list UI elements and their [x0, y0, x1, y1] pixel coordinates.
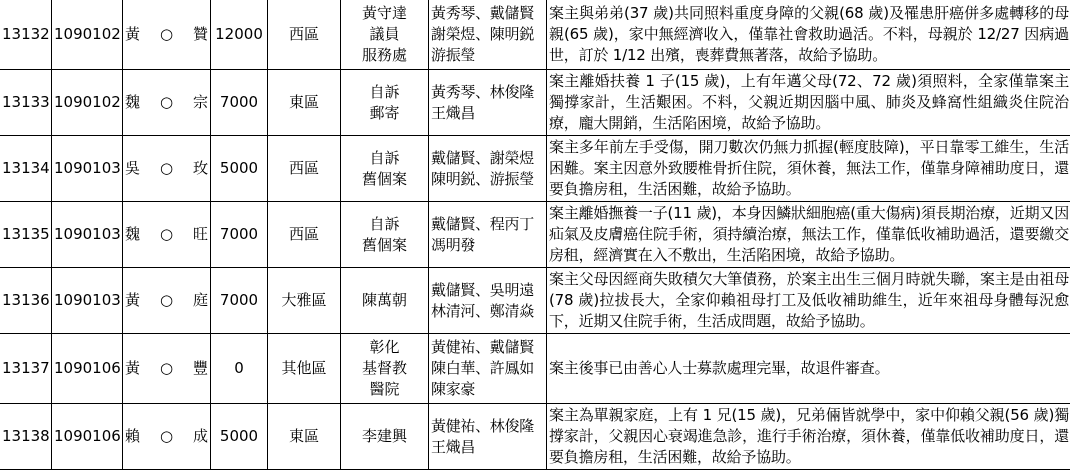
description-cell: 案主多年前左手受傷，開刀數次仍無力抓握(輕度肢障)，平日靠零工維生，生活困難。案… — [547, 136, 1070, 202]
staff-cell: 戴儲賢、謝榮煜陳明鋭、游振瑩 — [429, 136, 547, 202]
applicant-name-cell: 魏 ○ 宗 — [123, 70, 211, 136]
district-cell: 東區 — [268, 404, 341, 470]
case-description: 案主多年前左手受傷，開刀數次仍無力抓握(輕度肢障)，平日靠零工維生，生活困難。案… — [549, 138, 1069, 198]
surname: 魏 — [125, 224, 140, 245]
staff-cell: 黃秀琴、林俊隆王熾昌 — [429, 70, 547, 136]
district-cell: 西區 — [268, 0, 341, 70]
referrer-line: 彰化 — [343, 337, 426, 358]
name-mask: ○ — [160, 158, 173, 179]
staff-line: 陳家豪 — [431, 379, 544, 400]
date-cell: 1090103 — [52, 268, 123, 334]
case-number-cell: 13135 — [0, 202, 52, 268]
applicant-name: 黃 ○ 贊 — [125, 24, 208, 45]
staff-line: 謝榮煜、陳明鋭 — [431, 24, 544, 45]
case-number: 13135 — [2, 225, 50, 243]
referrer-cell: 陳萬朝 — [341, 268, 429, 334]
referrer-line: 李建興 — [343, 426, 426, 447]
staff-line: 陳白華、許鳳如 — [431, 358, 544, 379]
referrer-line: 郵寄 — [343, 103, 426, 124]
district: 其他區 — [281, 359, 326, 377]
district: 西區 — [289, 25, 319, 43]
referrer-line: 自訴 — [343, 214, 426, 235]
staff-line: 黃秀琴、戴儲賢 — [431, 3, 544, 24]
district: 東區 — [289, 93, 319, 111]
applicant-name-cell: 魏 ○ 旺 — [123, 202, 211, 268]
case-description: 案主父母因經商失敗積欠大筆債務，於案主出生三個月時就失聯，案主是由祖母(78 歲… — [549, 270, 1069, 330]
table-row: 13134 1090103 吳 ○ 玫 5000 西區 自訴舊個案 戴儲賢、謝榮… — [0, 136, 1070, 202]
date-cell: 1090103 — [52, 202, 123, 268]
description-cell: 案主離婚撫養一子(11 歲)，本身因鱗狀細胞癌(重大傷病)須長期治療，近期又因疝… — [547, 202, 1070, 268]
staff-line: 王熾昌 — [431, 103, 544, 124]
referrer-cell: 黃守達議員服務處 — [341, 0, 429, 70]
staff-line: 陳明鋭、游振瑩 — [431, 169, 544, 190]
case-date: 1090103 — [54, 291, 121, 309]
district-cell: 其他區 — [268, 334, 341, 404]
staff-line: 馮明發 — [431, 235, 544, 256]
referrer-line: 陳萬朝 — [343, 290, 426, 311]
table-row: 13133 1090102 魏 ○ 宗 7000 東區 自訴郵寄 黃秀琴、林俊隆… — [0, 70, 1070, 136]
surname: 黃 — [125, 24, 140, 45]
staff-cell: 黃健祐、林俊隆王熾昌 — [429, 404, 547, 470]
description-cell: 案主與弟弟(37 歲)共同照料重度身障的父親(68 歲)及罹患肝癌併多處轉移的母… — [547, 0, 1070, 70]
referrer-line: 自訴 — [343, 82, 426, 103]
aid-amount: 7000 — [220, 291, 258, 309]
district-cell: 東區 — [268, 70, 341, 136]
amount-cell: 5000 — [211, 404, 268, 470]
given-name: 旺 — [193, 224, 208, 245]
name-mask: ○ — [160, 358, 173, 379]
case-number-cell: 13133 — [0, 70, 52, 136]
name-mask: ○ — [160, 92, 173, 113]
applicant-name-cell: 黃 ○ 豐 — [123, 334, 211, 404]
staff-line: 王熾昌 — [431, 437, 544, 458]
case-number-cell: 13137 — [0, 334, 52, 404]
table-row: 13135 1090103 魏 ○ 旺 7000 西區 自訴舊個案 戴儲賢、程丙… — [0, 202, 1070, 268]
case-table: 13132 1090102 黃 ○ 贊 12000 西區 黃守達議員服務處 黃秀… — [0, 0, 1070, 470]
referrer-cell: 自訴舊個案 — [341, 202, 429, 268]
district: 西區 — [289, 225, 319, 243]
amount-cell: 7000 — [211, 268, 268, 334]
name-mask: ○ — [160, 224, 173, 245]
district: 東區 — [289, 427, 319, 445]
case-table-body: 13132 1090102 黃 ○ 贊 12000 西區 黃守達議員服務處 黃秀… — [0, 0, 1070, 470]
date-cell: 1090102 — [52, 70, 123, 136]
amount-cell: 0 — [211, 334, 268, 404]
referrer-line: 舊個案 — [343, 235, 426, 256]
district: 西區 — [289, 159, 319, 177]
referrer-line: 醫院 — [343, 379, 426, 400]
referrer-line: 基督教 — [343, 358, 426, 379]
name-mask: ○ — [160, 290, 173, 311]
case-number: 13138 — [2, 427, 50, 445]
description-cell: 案主為單親家庭，上有 1 兄(15 歲)，兄弟倆皆就學中，家中仰賴父親(56 歲… — [547, 404, 1070, 470]
case-date: 1090102 — [54, 93, 121, 111]
case-number-cell: 13132 — [0, 0, 52, 70]
given-name: 贊 — [193, 24, 208, 45]
staff-cell: 黃健祐、戴儲賢陳白華、許鳳如陳家豪 — [429, 334, 547, 404]
case-number: 13132 — [2, 25, 50, 43]
applicant-name: 魏 ○ 旺 — [125, 224, 208, 245]
case-description: 案主後事已由善心人士募款處理完畢，故退件審查。 — [549, 359, 889, 377]
referrer-cell: 李建興 — [341, 404, 429, 470]
date-cell: 1090102 — [52, 0, 123, 70]
staff-line: 林清河、鄭清焱 — [431, 301, 544, 322]
applicant-name: 黃 ○ 豐 — [125, 358, 208, 379]
case-description: 案主離婚撫養一子(11 歲)，本身因鱗狀細胞癌(重大傷病)須長期治療，近期又因疝… — [549, 204, 1069, 264]
given-name: 玫 — [193, 158, 208, 179]
applicant-name: 賴 ○ 成 — [125, 426, 208, 447]
table-row: 13132 1090102 黃 ○ 贊 12000 西區 黃守達議員服務處 黃秀… — [0, 0, 1070, 70]
aid-amount: 7000 — [220, 225, 258, 243]
referrer-line: 黃守達 — [343, 3, 426, 24]
applicant-name: 吳 ○ 玫 — [125, 158, 208, 179]
case-number: 13134 — [2, 159, 50, 177]
table-row: 13136 1090103 黃 ○ 庭 7000 大雅區 陳萬朝 戴儲賢、吳明遠… — [0, 268, 1070, 334]
description-cell: 案主離婚扶養 1 子(15 歲)，上有年邁父母(72、72 歲)須照料，全家僅靠… — [547, 70, 1070, 136]
description-cell: 案主父母因經商失敗積欠大筆債務，於案主出生三個月時就失聯，案主是由祖母(78 歲… — [547, 268, 1070, 334]
case-date: 1090106 — [54, 427, 121, 445]
case-number-cell: 13136 — [0, 268, 52, 334]
applicant-name: 黃 ○ 庭 — [125, 290, 208, 311]
district-cell: 大雅區 — [268, 268, 341, 334]
staff-line: 戴儲賢、謝榮煜 — [431, 148, 544, 169]
applicant-name-cell: 黃 ○ 贊 — [123, 0, 211, 70]
applicant-name: 魏 ○ 宗 — [125, 92, 208, 113]
surname: 魏 — [125, 92, 140, 113]
case-date: 1090102 — [54, 25, 121, 43]
staff-line: 戴儲賢、吳明遠 — [431, 280, 544, 301]
table-row: 13138 1090106 賴 ○ 成 5000 東區 李建興 黃健祐、林俊隆王… — [0, 404, 1070, 470]
referrer-line: 舊個案 — [343, 169, 426, 190]
surname: 吳 — [125, 158, 140, 179]
referrer-cell: 自訴郵寄 — [341, 70, 429, 136]
surname: 黃 — [125, 358, 140, 379]
case-number: 13137 — [2, 359, 50, 377]
case-date: 1090106 — [54, 359, 121, 377]
staff-line: 游振瑩 — [431, 45, 544, 66]
referrer-cell: 彰化基督教醫院 — [341, 334, 429, 404]
aid-amount: 12000 — [215, 25, 263, 43]
case-description: 案主與弟弟(37 歲)共同照料重度身障的父親(68 歲)及罹患肝癌併多處轉移的母… — [549, 4, 1069, 64]
staff-cell: 戴儲賢、程丙丁馮明發 — [429, 202, 547, 268]
given-name: 豐 — [193, 358, 208, 379]
aid-amount: 0 — [234, 359, 244, 377]
staff-line: 黃健祐、林俊隆 — [431, 416, 544, 437]
amount-cell: 5000 — [211, 136, 268, 202]
date-cell: 1090106 — [52, 334, 123, 404]
applicant-name-cell: 黃 ○ 庭 — [123, 268, 211, 334]
referrer-line: 服務處 — [343, 45, 426, 66]
given-name: 宗 — [193, 92, 208, 113]
surname: 黃 — [125, 290, 140, 311]
case-number-cell: 13134 — [0, 136, 52, 202]
case-date: 1090103 — [54, 225, 121, 243]
district: 大雅區 — [281, 291, 326, 309]
amount-cell: 7000 — [211, 202, 268, 268]
surname: 賴 — [125, 426, 140, 447]
referrer-line: 自訴 — [343, 148, 426, 169]
case-description: 案主離婚扶養 1 子(15 歲)，上有年邁父母(72、72 歲)須照料，全家僅靠… — [549, 72, 1069, 132]
case-number-cell: 13138 — [0, 404, 52, 470]
description-cell: 案主後事已由善心人士募款處理完畢，故退件審查。 — [547, 334, 1070, 404]
case-number: 13133 — [2, 93, 50, 111]
amount-cell: 7000 — [211, 70, 268, 136]
given-name: 庭 — [193, 290, 208, 311]
referrer-line: 議員 — [343, 24, 426, 45]
name-mask: ○ — [160, 24, 173, 45]
date-cell: 1090106 — [52, 404, 123, 470]
table-row: 13137 1090106 黃 ○ 豐 0 其他區 彰化基督教醫院 黃健祐、戴儲… — [0, 334, 1070, 404]
name-mask: ○ — [160, 426, 173, 447]
amount-cell: 12000 — [211, 0, 268, 70]
aid-amount: 5000 — [220, 159, 258, 177]
staff-cell: 黃秀琴、戴儲賢謝榮煜、陳明鋭游振瑩 — [429, 0, 547, 70]
applicant-name-cell: 賴 ○ 成 — [123, 404, 211, 470]
staff-line: 黃秀琴、林俊隆 — [431, 82, 544, 103]
staff-line: 黃健祐、戴儲賢 — [431, 337, 544, 358]
date-cell: 1090103 — [52, 136, 123, 202]
staff-cell: 戴儲賢、吳明遠林清河、鄭清焱 — [429, 268, 547, 334]
applicant-name-cell: 吳 ○ 玫 — [123, 136, 211, 202]
case-description: 案主為單親家庭，上有 1 兄(15 歲)，兄弟倆皆就學中，家中仰賴父親(56 歲… — [549, 406, 1069, 466]
district-cell: 西區 — [268, 202, 341, 268]
staff-line: 戴儲賢、程丙丁 — [431, 214, 544, 235]
aid-amount: 5000 — [220, 427, 258, 445]
case-date: 1090103 — [54, 159, 121, 177]
aid-amount: 7000 — [220, 93, 258, 111]
case-number: 13136 — [2, 291, 50, 309]
given-name: 成 — [193, 426, 208, 447]
district-cell: 西區 — [268, 136, 341, 202]
referrer-cell: 自訴舊個案 — [341, 136, 429, 202]
